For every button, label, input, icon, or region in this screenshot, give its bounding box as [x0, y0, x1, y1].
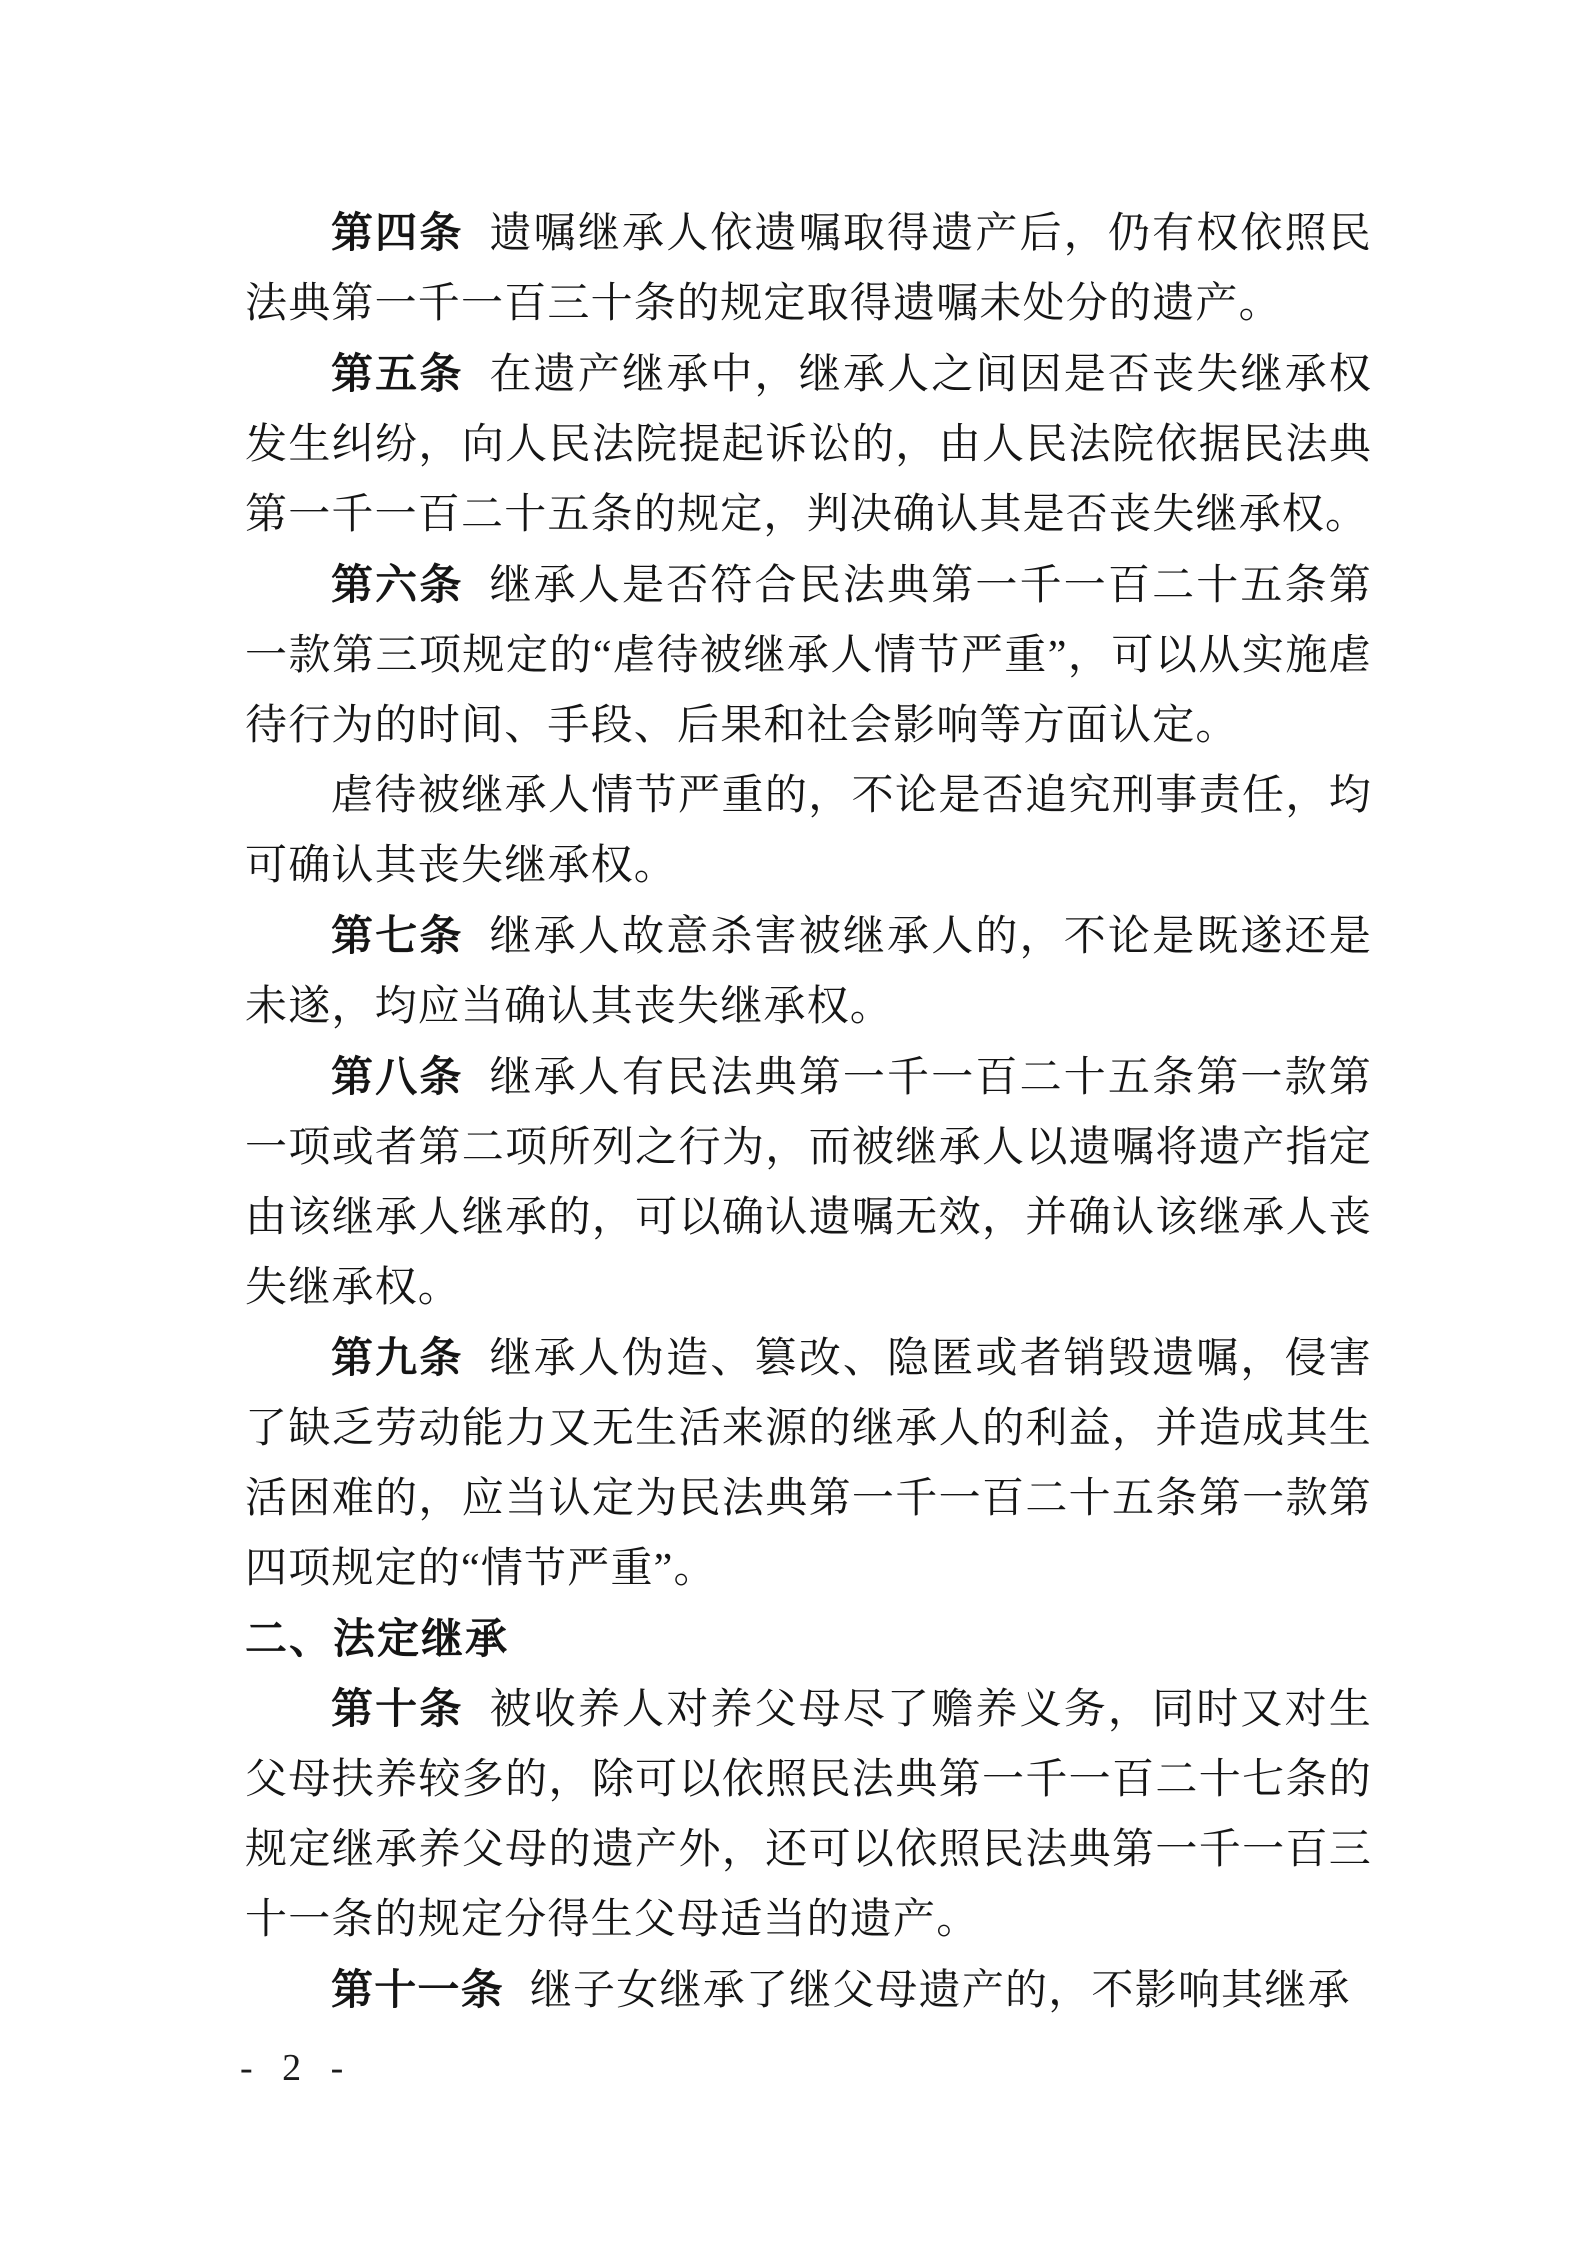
article-number-label: 第七条	[331, 912, 464, 959]
article-paragraph: 第十一条继子女继承了继父母遗产的，不影响其继承	[245, 1955, 1372, 2026]
article-number-label: 第五条	[331, 350, 464, 397]
article-paragraph: 第八条继承人有民法典第一千一百二十五条第一款第一项或者第二项所列之行为，而被继承…	[245, 1042, 1372, 1323]
article-text: 继子女继承了继父母遗产的，不影响其继承	[530, 1968, 1351, 2014]
article-paragraph: 第九条继承人伪造、篡改、隐匿或者销毁遗嘱，侵害了缺乏劳动能力又无生活来源的继承人…	[245, 1323, 1372, 1604]
page-number: - 2 -	[240, 2046, 353, 2090]
article-paragraph: 第六条继承人是否符合民法典第一千一百二十五条第一款第三项规定的“虐待被继承人情节…	[245, 550, 1372, 761]
article-number-label: 第十条	[331, 1685, 464, 1732]
article-number-label: 第四条	[331, 209, 464, 256]
article-paragraph: 第七条继承人故意杀害被继承人的，不论是既遂还是未遂，均应当确认其丧失继承权。	[245, 901, 1372, 1042]
document-body: 第四条遗嘱继承人依遗嘱取得遗产后，仍有权依照民法典第一千一百三十条的规定取得遗嘱…	[245, 198, 1372, 2026]
article-number-label: 第十一条	[331, 1966, 504, 2013]
document-page: 第四条遗嘱继承人依遗嘱取得遗产后，仍有权依照民法典第一千一百三十条的规定取得遗嘱…	[0, 0, 1587, 2245]
section-heading: 二、法定继承	[245, 1604, 1372, 1674]
article-paragraph: 第四条遗嘱继承人依遗嘱取得遗产后，仍有权依照民法典第一千一百三十条的规定取得遗嘱…	[245, 198, 1372, 339]
continuation-paragraph: 虐待被继承人情节严重的，不论是否追究刑事责任，均可确认其丧失继承权。	[245, 761, 1372, 901]
article-paragraph: 第五条在遗产继承中，继承人之间因是否丧失继承权发生纠纷，向人民法院提起诉讼的，由…	[245, 339, 1372, 550]
paragraph-text: 虐待被继承人情节严重的，不论是否追究刑事责任，均可确认其丧失继承权。	[245, 773, 1372, 889]
article-number-label: 第八条	[331, 1053, 464, 1100]
article-number-label: 第六条	[331, 561, 464, 608]
article-number-label: 第九条	[331, 1334, 464, 1381]
article-paragraph: 第十条被收养人对养父母尽了赡养义务，同时又对生父母扶养较多的，除可以依照民法典第…	[245, 1674, 1372, 1955]
